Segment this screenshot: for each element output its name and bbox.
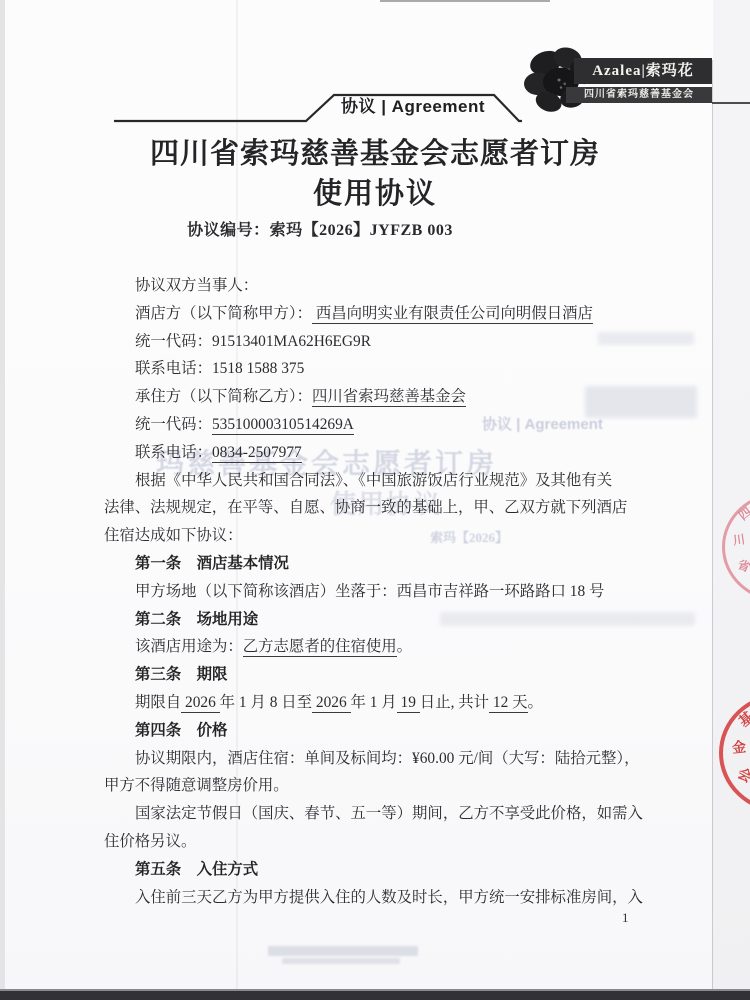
doc-line: 根据《中华人民共和国合同法》、《中国旅游饭店行业规范》及其他有关: [104, 467, 670, 495]
doc-text: 甲方不得随意调整房价用。: [104, 777, 289, 794]
doc-line: 统一代码：53510000310514269A: [104, 411, 670, 439]
doc-text: 。: [528, 694, 543, 711]
doc-text: 统一代码：: [135, 416, 212, 433]
filled-in-value: 四川省索玛慈善基金会: [312, 388, 466, 407]
doc-text: 入住前三天乙方为甲方提供入住的人数及时长，甲方统一安排标准房间，入: [135, 889, 643, 906]
doc-line: 联系电话：0834-2507977: [104, 439, 670, 467]
doc-line: 该酒店用途为：乙方志愿者的住宿使用。: [104, 633, 670, 661]
doc-text: 第二条 场地用途: [135, 611, 258, 628]
doc-line: 住价格另议。: [104, 828, 670, 856]
doc-line: 第五条 入住方式: [104, 856, 670, 884]
doc-line: 第一条 酒店基本情况: [104, 550, 670, 578]
doc-text: 统一代码：91513401MA62H6EG9R: [135, 333, 371, 350]
scan-bottom-edge: [0, 991, 750, 1000]
doc-text: 日止, 共计: [420, 694, 489, 711]
seal-character: 金: [731, 736, 747, 757]
doc-text: 法律、法规规定，在平等、自愿、协商一致的基础上，甲、乙双方就下列酒店: [104, 499, 627, 516]
filled-in-value: 乙方志愿者的住宿使用: [243, 638, 397, 657]
doc-line: 统一代码：91513401MA62H6EG9R: [104, 328, 670, 356]
doc-line: 承住方（以下简称乙方）：四川省索玛慈善基金会: [104, 383, 670, 411]
page-number: 1: [622, 910, 629, 926]
doc-text: 协议期限内，酒店住宿：单间及标间均：¥60.00 元/间（大写：陆拾元整），: [135, 750, 639, 767]
doc-line: 期限自 2026 年 1 月 8 日至 2026 年 1 月 19 日止, 共计…: [104, 689, 670, 717]
doc-text: 第四条 价格: [135, 722, 227, 739]
scan-top-edge: [380, 0, 550, 2]
doc-line: 入住前三天乙方为甲方提供入住的人数及时长，甲方统一安排标准房间，入: [104, 884, 670, 912]
doc-text: 甲方场地（以下简称该酒店）坐落于：西昌市吉祥路一环路路口 18 号: [135, 583, 604, 600]
filled-in-value: 0834-2507977: [212, 444, 302, 463]
doc-text: 国家法定节假日（国庆、春节、五一等）期间，乙方不享受此价格，如需入: [135, 805, 643, 822]
filled-in-value: 12 天: [489, 694, 527, 713]
doc-line: 甲方不得随意调整房价用。: [104, 772, 670, 800]
doc-text: 第三条 期限: [135, 666, 227, 683]
filled-in-value: 2026: [181, 694, 219, 713]
doc-line: 联系电话：1518 1588 375: [104, 355, 670, 383]
doc-line: 协议双方当事人：: [104, 272, 670, 300]
doc-text: 酒店方（以下简称甲方）：: [135, 305, 312, 322]
doc-text: 根据《中华人民共和国合同法》、《中国旅游饭店行业规范》及其他有关: [135, 472, 612, 489]
doc-line: 甲方场地（以下简称该酒店）坐落于：西昌市吉祥路一环路路口 18 号: [104, 578, 670, 606]
doc-text: 期限自: [135, 694, 181, 711]
doc-text: 住宿达成如下协议：: [104, 527, 243, 544]
doc-line: 住宿达成如下协议：: [104, 522, 670, 550]
doc-text: 第一条 酒店基本情况: [135, 555, 289, 572]
doc-line: 第二条 场地用途: [104, 606, 670, 634]
logo-rule: [712, 102, 750, 104]
scanned-page: 协议 | Agreement 玛慈善基金会志愿者订房 使用协议 索玛【2026】…: [0, 0, 750, 1000]
doc-line: 国家法定节假日（国庆、春节、五一等）期间，乙方不享受此价格，如需入: [104, 800, 670, 828]
doc-text: 承住方（以下简称乙方）：: [135, 388, 312, 405]
document-lines: 协议双方当事人：酒店方（以下简称甲方）： 西昌向明实业有限责任公司向明假日酒店统…: [104, 272, 670, 911]
doc-text: 住价格另议。: [104, 833, 196, 850]
document-title-line1: 四川省索玛慈善基金会志愿者订房: [0, 131, 750, 172]
ghost-smudge: [268, 946, 418, 956]
seal-character: 省: [735, 555, 750, 575]
doc-line: 法律、法规规定，在平等、自愿、协商一致的基础上，甲、乙双方就下列酒店: [104, 494, 670, 522]
doc-line: 第四条 价格: [104, 717, 670, 745]
ghost-smudge: [282, 958, 400, 964]
filled-in-value: 53510000310514269A: [212, 416, 354, 435]
foundation-logo: Azalea|索玛花 四川省索玛慈善基金会: [516, 44, 748, 114]
seal-character: 会: [734, 763, 750, 787]
doc-text: 年 1 月 8 日至: [220, 694, 312, 711]
doc-text: 。: [397, 638, 412, 655]
seal-character: 川: [732, 530, 746, 549]
filled-in-value: 19: [397, 694, 420, 713]
logo-org-label: 四川省索玛慈善基金会: [566, 87, 712, 103]
doc-text: 年 1 月: [351, 694, 397, 711]
doc-line: 第三条 期限: [104, 661, 670, 689]
doc-text: 联系电话：: [135, 444, 212, 461]
filled-in-value: 西昌向明实业有限责任公司向明假日酒店: [312, 305, 593, 324]
doc-text: 联系电话：1518 1588 375: [135, 360, 304, 377]
doc-text: 第五条 入住方式: [135, 861, 258, 878]
filled-in-value: 2026: [312, 694, 350, 713]
agreement-number: 协议编号：索玛【2026】JYFZB 003: [0, 217, 640, 240]
doc-text: 协议双方当事人：: [135, 277, 258, 294]
seal-character: 基: [734, 707, 750, 731]
banner-label: 协议 | Agreement: [330, 94, 496, 120]
document-title-line2: 使用协议: [0, 171, 750, 212]
doc-line: 协议期限内，酒店住宿：单间及标间均：¥60.00 元/间（大写：陆拾元整），: [104, 745, 670, 773]
doc-line: 酒店方（以下简称甲方）： 西昌向明实业有限责任公司向明假日酒店: [104, 300, 670, 328]
logo-brand-label: Azalea|索玛花: [574, 58, 712, 84]
doc-text: 该酒店用途为：: [135, 638, 243, 655]
